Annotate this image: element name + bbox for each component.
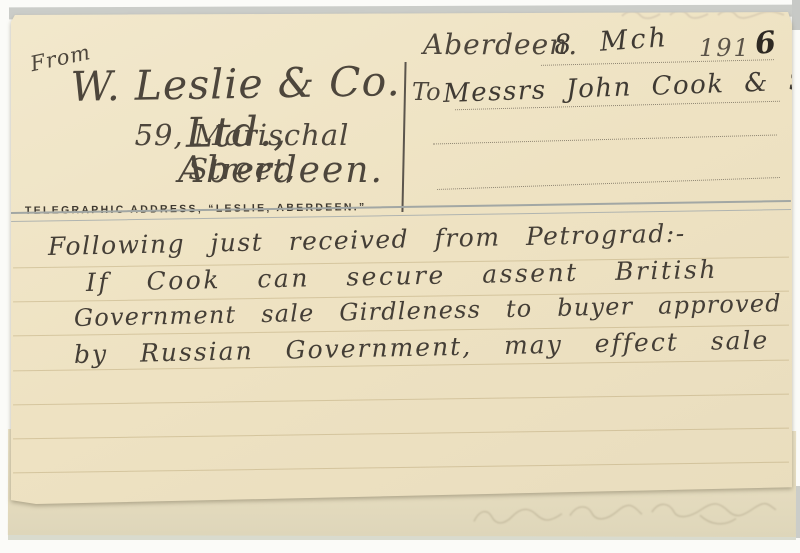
ruled-line	[13, 462, 789, 474]
scanner-edge-sliver	[792, 0, 800, 30]
ruled-line	[13, 495, 789, 507]
preprinted-year: 191	[699, 34, 751, 62]
message-line: by Russian Government, may effect sale	[74, 325, 770, 369]
message-line: Following just received from Petrograd:-	[48, 219, 686, 261]
ruled-line	[13, 394, 789, 406]
blank-dotted-line	[437, 177, 780, 190]
city-name: Aberdeen.	[149, 150, 413, 191]
to-label: To	[412, 78, 441, 106]
handwritten-date: 8 Mch	[553, 22, 670, 61]
blank-dotted-line	[433, 134, 777, 144]
handwritten-year-digit: 6	[753, 25, 777, 62]
message-line: If Cook can secure assent British	[86, 255, 718, 297]
memo-card-wrap: From W. Leslie & Co. Ltd., 59, Marischal…	[11, 12, 792, 506]
ruled-line	[13, 428, 789, 440]
memo-card: From W. Leslie & Co. Ltd., 59, Marischal…	[11, 12, 792, 506]
